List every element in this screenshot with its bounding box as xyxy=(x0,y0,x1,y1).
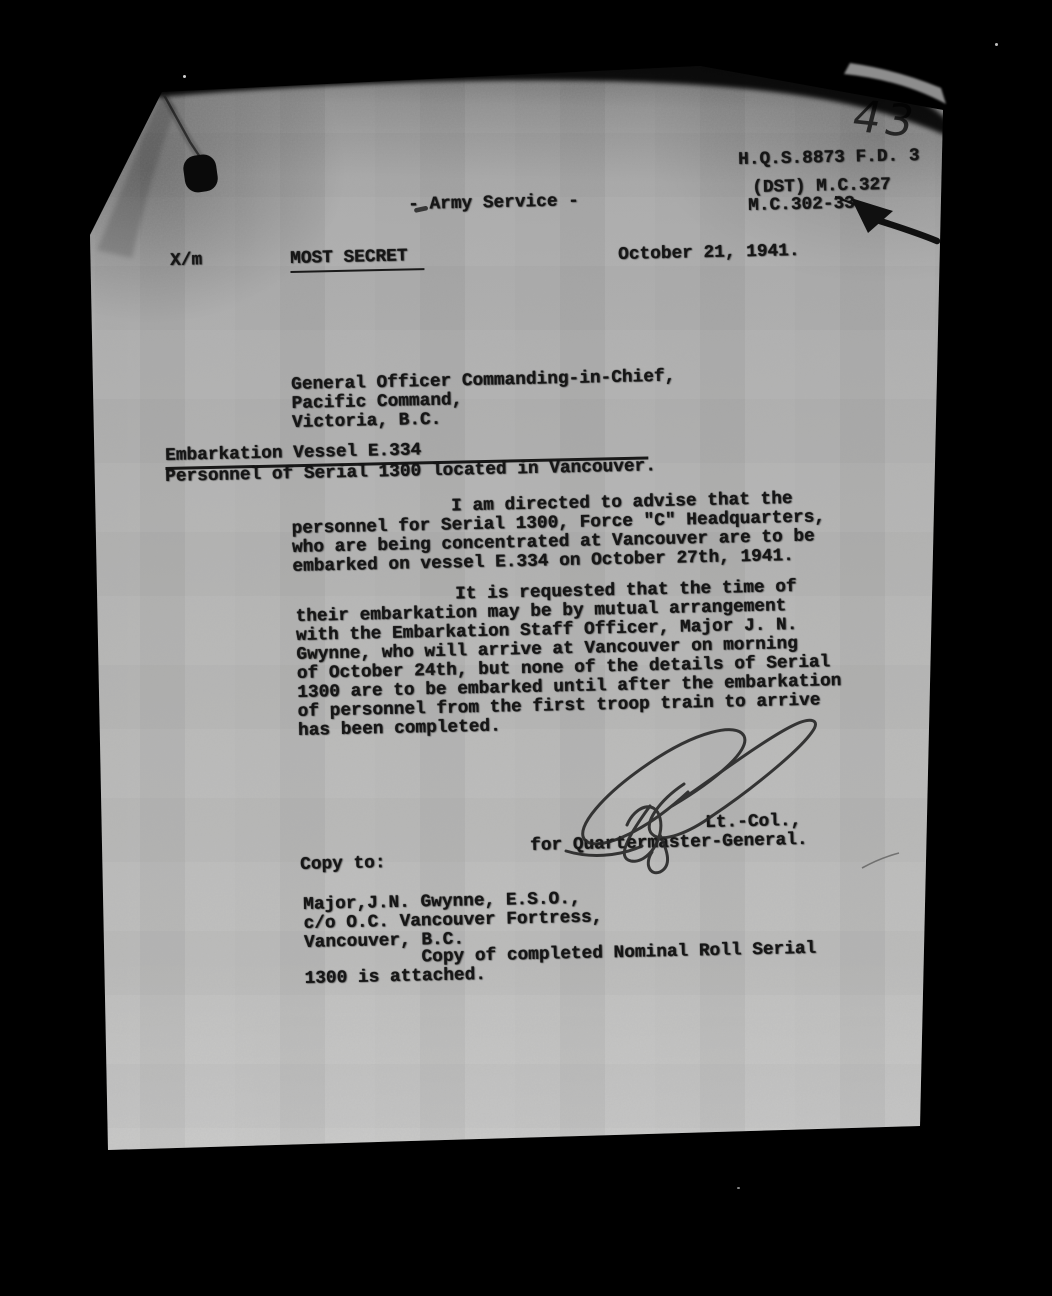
handwritten-page-number: 43 xyxy=(847,91,923,148)
body-paragraph-1: I am directed to advise that the personn… xyxy=(291,489,826,577)
classification-text: MOST SECRET xyxy=(290,247,424,273)
file-reference-3: M.C.302-33 xyxy=(748,195,855,216)
addressee-block: General Officer Commanding-in-Chief, Pac… xyxy=(291,368,676,433)
scanned-letter-page: - Army Service - H.Q.S.8873 F.D. 3 (DST)… xyxy=(0,0,1052,1296)
classification-stamp: MOST SECRET xyxy=(290,247,424,273)
dust-speck xyxy=(183,75,186,78)
service-line: - Army Service - xyxy=(408,192,579,215)
dust-speck xyxy=(995,43,998,46)
typist-initials: X/m xyxy=(170,251,202,271)
date-line: October 21, 1941. xyxy=(618,242,800,265)
file-reference-1: H.Q.S.8873 F.D. 3 xyxy=(738,147,920,170)
dust-speck xyxy=(737,1187,740,1189)
copy-to-label: Copy to: xyxy=(300,854,386,875)
body-paragraph-2: It is requested that the time of their e… xyxy=(295,577,842,741)
